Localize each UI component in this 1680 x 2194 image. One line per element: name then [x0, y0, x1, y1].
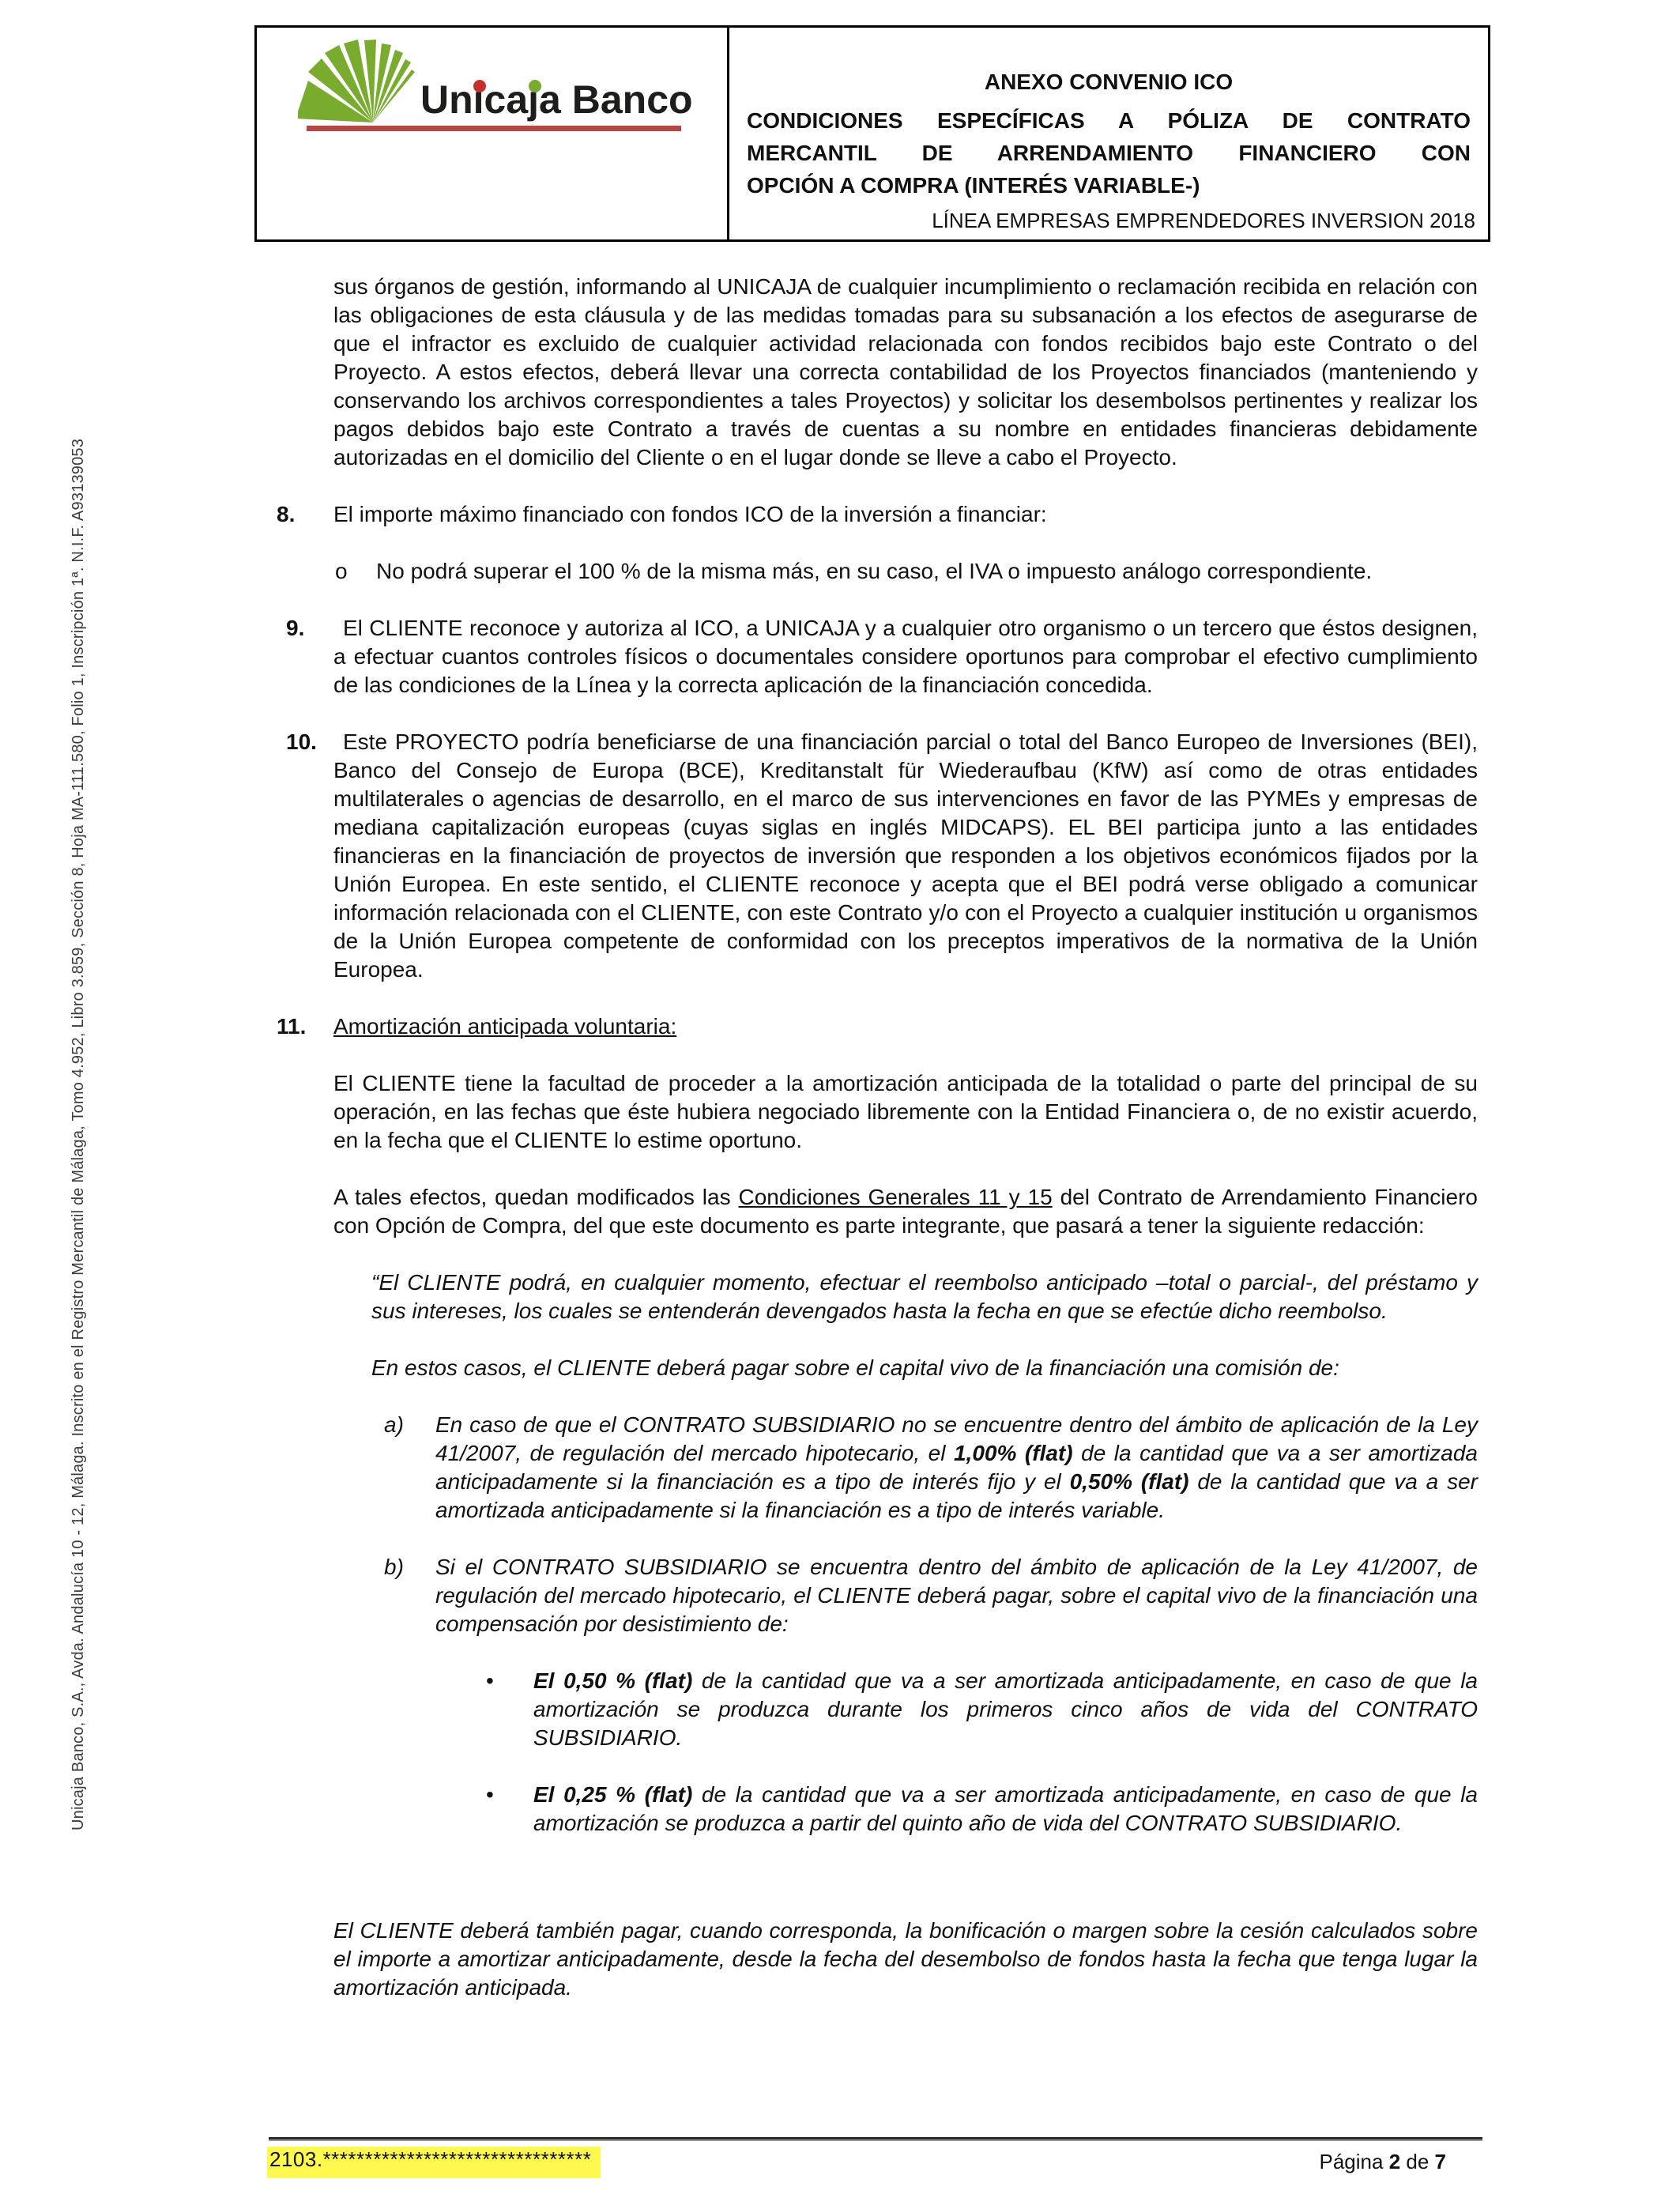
- logo-j-dot: [529, 80, 541, 92]
- clause-10: 10. Este PROYECTO podría beneficiarse de…: [333, 728, 1478, 984]
- clause-11: 11. Amortización anticipada voluntaria:: [333, 1012, 1478, 1041]
- clause-8-subitem: o No podrá superar el 100 % de la misma …: [333, 557, 1478, 586]
- footer-divider: [269, 2137, 1482, 2141]
- logo-red-underline: [307, 126, 681, 131]
- clause-text: El importe máximo financiado con fondos …: [333, 502, 1047, 526]
- logo-i-dot: [473, 80, 486, 92]
- header-title-cell: ANEXO CONVENIO ICO CONDICIONES ESPECÍFIC…: [729, 28, 1488, 239]
- list-item-a: a) En caso de que el CONTRATO SUBSIDIARI…: [333, 1411, 1478, 1525]
- footer-page-number: Página 2 de 7: [1320, 2150, 1447, 2174]
- footer-document-code: 2103.********************************: [267, 2147, 601, 2178]
- clause-11-heading: Amortización anticipada voluntaria:: [333, 1014, 676, 1039]
- clause-text: Este PROYECTO podría beneficiarse de una…: [333, 729, 1478, 982]
- bullet-item-025: • El 0,25 % (flat) de la cantidad que va…: [333, 1781, 1478, 1838]
- clause-number: 11.: [277, 1012, 306, 1041]
- subitem-text: No podrá superar el 100 % de la misma má…: [376, 559, 1372, 583]
- clause-number: 10.: [277, 728, 317, 756]
- bullet-text: El 0,50 % (flat) de la cantidad que va a…: [533, 1668, 1478, 1750]
- document-page: Unicaja Banco, S.A., Avda. Andalucía 10 …: [0, 0, 1680, 2194]
- document-title-line: MERCANTIL DE ARRENDAMIENTO FINANCIERO CO…: [747, 137, 1471, 169]
- header-table: Unicaja Banco ANEXO CONVENIO ICO CONDICI…: [254, 25, 1490, 242]
- logo-cell: Unicaja Banco: [257, 28, 729, 239]
- list-item-b: b) Si el CONTRATO SUBSIDIARIO se encuent…: [333, 1553, 1478, 1638]
- clause-number: 8.: [277, 500, 295, 529]
- list-marker-a: a): [384, 1411, 404, 1439]
- document-title-line: ANEXO CONVENIO ICO: [747, 66, 1471, 98]
- list-item-text: En caso de que el CONTRATO SUBSIDIARIO n…: [435, 1412, 1478, 1522]
- document-title-line: OPCIÓN A COMPRA (INTERÉS VARIABLE-): [747, 169, 1471, 202]
- document-subtitle: LÍNEA EMPRESAS EMPRENDEDORES INVERSION 2…: [932, 209, 1475, 233]
- o-bullet-marker: o: [335, 557, 348, 586]
- bullet-text: El 0,25 % (flat) de la cantidad que va a…: [533, 1782, 1478, 1835]
- list-item-text: Si el CONTRATO SUBSIDIARIO se encuentra …: [435, 1555, 1478, 1636]
- bullet-marker-icon: •: [486, 1781, 494, 1809]
- list-marker-b: b): [384, 1553, 404, 1581]
- closing-paragraph: El CLIENTE deberá también pagar, cuando …: [333, 1917, 1478, 2002]
- bullet-marker-icon: •: [486, 1667, 494, 1695]
- clause-text: El CLIENTE reconoce y autoriza al ICO, a…: [333, 616, 1478, 697]
- unicaja-banco-logo: Unicaja Banco: [298, 39, 709, 157]
- clause-11-paragraph-1: El CLIENTE tiene la facultad de proceder…: [333, 1069, 1478, 1155]
- document-body: sus órganos de gestión, informando al UN…: [333, 273, 1478, 2030]
- clause-11-paragraph-2: A tales efectos, quedan modificados las …: [333, 1183, 1478, 1240]
- clause-8: 8. El importe máximo financiado con fond…: [333, 500, 1478, 529]
- quoted-clause-paragraph-1: “El CLIENTE podrá, en cualquier momento,…: [333, 1269, 1478, 1325]
- logo-fan-icon: [298, 40, 415, 123]
- bullet-item-050: • El 0,50 % (flat) de la cantidad que va…: [333, 1667, 1478, 1752]
- clause-9: 9. El CLIENTE reconoce y autoriza al ICO…: [333, 614, 1478, 699]
- document-title-line: CONDICIONES ESPECÍFICAS A PÓLIZA DE CONT…: [747, 104, 1471, 137]
- clause-number: 9.: [277, 614, 304, 643]
- intro-paragraph: sus órganos de gestión, informando al UN…: [333, 273, 1478, 472]
- registration-sidebar-text: Unicaja Banco, S.A., Avda. Andalucía 10 …: [70, 550, 88, 1830]
- logo-brand-text: Unicaja Banco: [420, 77, 693, 122]
- quoted-clause-paragraph-2: En estos casos, el CLIENTE deberá pagar …: [333, 1354, 1478, 1382]
